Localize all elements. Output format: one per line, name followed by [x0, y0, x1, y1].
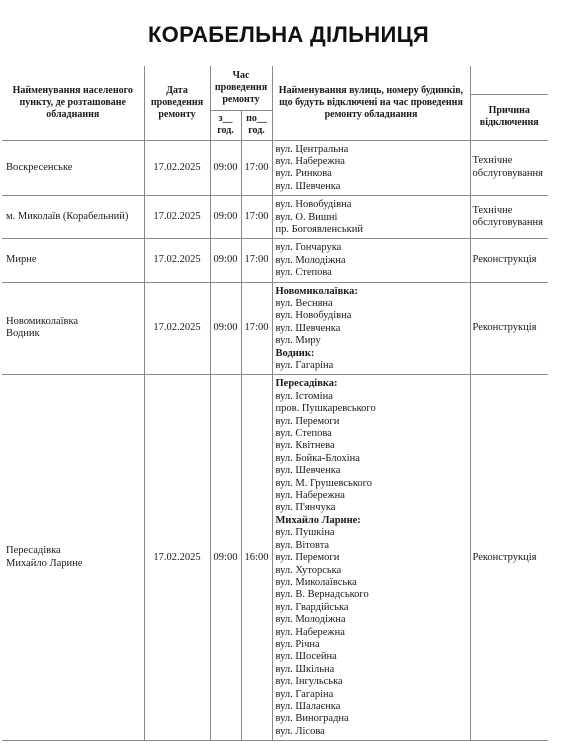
street-item: вул. Річна [276, 639, 470, 651]
street-item: вул. Перемоги [276, 416, 470, 428]
locality-heading: Новомиколаївка: [276, 286, 470, 298]
time-to-cell: 17:00 [241, 282, 272, 375]
time-to-cell: 17:00 [241, 196, 272, 239]
street-item: вул. Вітовта [276, 540, 470, 552]
reason-cell: Технічне обслуговування [470, 140, 548, 196]
settlement-cell: м. Миколаїв (Корабельний) [2, 196, 144, 239]
street-item: вул. Перемоги [276, 552, 470, 564]
streets-cell: Новомиколаївка:вул. Веснянавул. Новобуді… [272, 282, 470, 375]
street-item: вул. Шалаєнка [276, 701, 470, 713]
repair-date-cell: 17.02.2025 [144, 140, 210, 196]
time-from-cell: 09:00 [210, 239, 241, 282]
header-streets: Найменування вулиць, номеру будинків, що… [272, 66, 470, 140]
settlement-name: Воскресенське [6, 162, 144, 174]
reason-cell: Реконструкція [470, 239, 548, 282]
street-item: вул. Весняна [276, 298, 470, 310]
table-row: Мирне17.02.202509:0017:00вул. Гончарукав… [2, 239, 548, 282]
street-item: вул. Центральна [276, 144, 470, 156]
repair-date-cell: 17.02.2025 [144, 375, 210, 741]
street-item: вул. Хуторська [276, 565, 470, 577]
settlement-name: Михайло Ларине [6, 558, 144, 570]
header-time-from: з__ год. [210, 110, 241, 140]
street-item: вул. Набережна [276, 156, 470, 168]
table-row: м. Миколаїв (Корабельний)17.02.202509:00… [2, 196, 548, 239]
reason-cell: Реконструкція [470, 375, 548, 741]
time-from-cell: 09:00 [210, 196, 241, 239]
settlement-cell: Мирне [2, 239, 144, 282]
street-item: вул. Гагаріна [276, 689, 470, 701]
streets-cell: вул. Гончарукавул. Молодіжнавул. Степова [272, 239, 470, 282]
settlement-cell: НовомиколаївкаВодник [2, 282, 144, 375]
header-time-to: по__ год. [241, 110, 272, 140]
reason-cell: Технічне обслуговування [470, 196, 548, 239]
street-item: вул. Шевченка [276, 323, 470, 335]
table-row: Воскресенське17.02.202509:0017:00вул. Це… [2, 140, 548, 196]
repair-date-cell: 17.02.2025 [144, 239, 210, 282]
street-item: вул. Молодіжна [276, 255, 470, 267]
street-item: вул. Набережна [276, 490, 470, 502]
time-from-cell: 09:00 [210, 375, 241, 741]
settlement-name: Мирне [6, 254, 144, 266]
street-item: вул. Шевченка [276, 181, 470, 193]
street-item: вул. Шкільна [276, 664, 470, 676]
time-from-cell: 09:00 [210, 282, 241, 375]
settlement-name: Пересадівка [6, 545, 144, 557]
street-item: вул. Шевченка [276, 465, 470, 477]
street-item: вул. Молодіжна [276, 614, 470, 626]
street-item: пр. Богоявленський [276, 224, 470, 236]
street-item: вул. О. Вишні [276, 212, 470, 224]
time-to-cell: 17:00 [241, 239, 272, 282]
street-item: вул. Лісова [276, 726, 470, 738]
street-item: вул. Степова [276, 428, 470, 440]
reason-cell: Реконструкція [470, 282, 548, 375]
header-reason-spacer [470, 66, 548, 94]
time-from-cell: 09:00 [210, 140, 241, 196]
settlement-name: Водник [6, 328, 144, 340]
street-item: вул. Гвардійська [276, 602, 470, 614]
street-item: вул. Гагаріна [276, 360, 470, 372]
header-time: Час проведення ремонту [210, 66, 272, 110]
locality-heading: Водник: [276, 348, 470, 360]
time-to-cell: 17:00 [241, 140, 272, 196]
street-item: вул. Миру [276, 335, 470, 347]
street-item: вул. В. Вернадського [276, 589, 470, 601]
page-title: КОРАБЕЛЬНА ДІЛЬНИЦЯ [0, 22, 577, 48]
street-item: вул. Шосейна [276, 651, 470, 663]
table-row: ПересадівкаМихайло Ларине17.02.202509:00… [2, 375, 548, 741]
streets-cell: Пересадівка:вул. Істомінапров. Пушкаревс… [272, 375, 470, 741]
settlement-cell: ПересадівкаМихайло Ларине [2, 375, 144, 741]
header-place: Найменування населеного пункту, де розта… [2, 66, 144, 140]
outage-schedule-table: Найменування населеного пункту, де розта… [2, 66, 548, 741]
settlement-name: м. Миколаїв (Корабельний) [6, 211, 144, 223]
header-reason: Причина відключення [470, 94, 548, 140]
table-row: НовомиколаївкаВодник17.02.202509:0017:00… [2, 282, 548, 375]
repair-date-cell: 17.02.2025 [144, 196, 210, 239]
time-to-cell: 16:00 [241, 375, 272, 741]
street-item: вул. Бойка-Блохіна [276, 453, 470, 465]
street-item: вул. Пушкіна [276, 527, 470, 539]
street-item: вул. П'янчука [276, 502, 470, 514]
street-item: вул. Істоміна [276, 391, 470, 403]
settlement-name: Новомиколаївка [6, 316, 144, 328]
street-item: вул. Степова [276, 267, 470, 279]
street-item: вул. М. Грушевського [276, 478, 470, 490]
street-item: вул. Новобудівна [276, 310, 470, 322]
street-item: вул. Виноградна [276, 713, 470, 725]
header-date: Дата проведення ремонту [144, 66, 210, 140]
repair-date-cell: 17.02.2025 [144, 282, 210, 375]
street-item: вул. Інгульська [276, 676, 470, 688]
street-item: вул. Миколаївська [276, 577, 470, 589]
street-item: вул. Новобудівна [276, 199, 470, 211]
streets-cell: вул. Новобудівнавул. О. Вишніпр. Богоявл… [272, 196, 470, 239]
street-item: пров. Пушкаревського [276, 403, 470, 415]
settlement-cell: Воскресенське [2, 140, 144, 196]
street-item: вул. Квітнева [276, 440, 470, 452]
street-item: вул. Ринкова [276, 168, 470, 180]
locality-heading: Пересадівка: [276, 378, 470, 390]
streets-cell: вул. Центральнавул. Набережнавул. Ринков… [272, 140, 470, 196]
street-item: вул. Гончарука [276, 242, 470, 254]
street-item: вул. Набережна [276, 627, 470, 639]
locality-heading: Михайло Ларине: [276, 515, 470, 527]
